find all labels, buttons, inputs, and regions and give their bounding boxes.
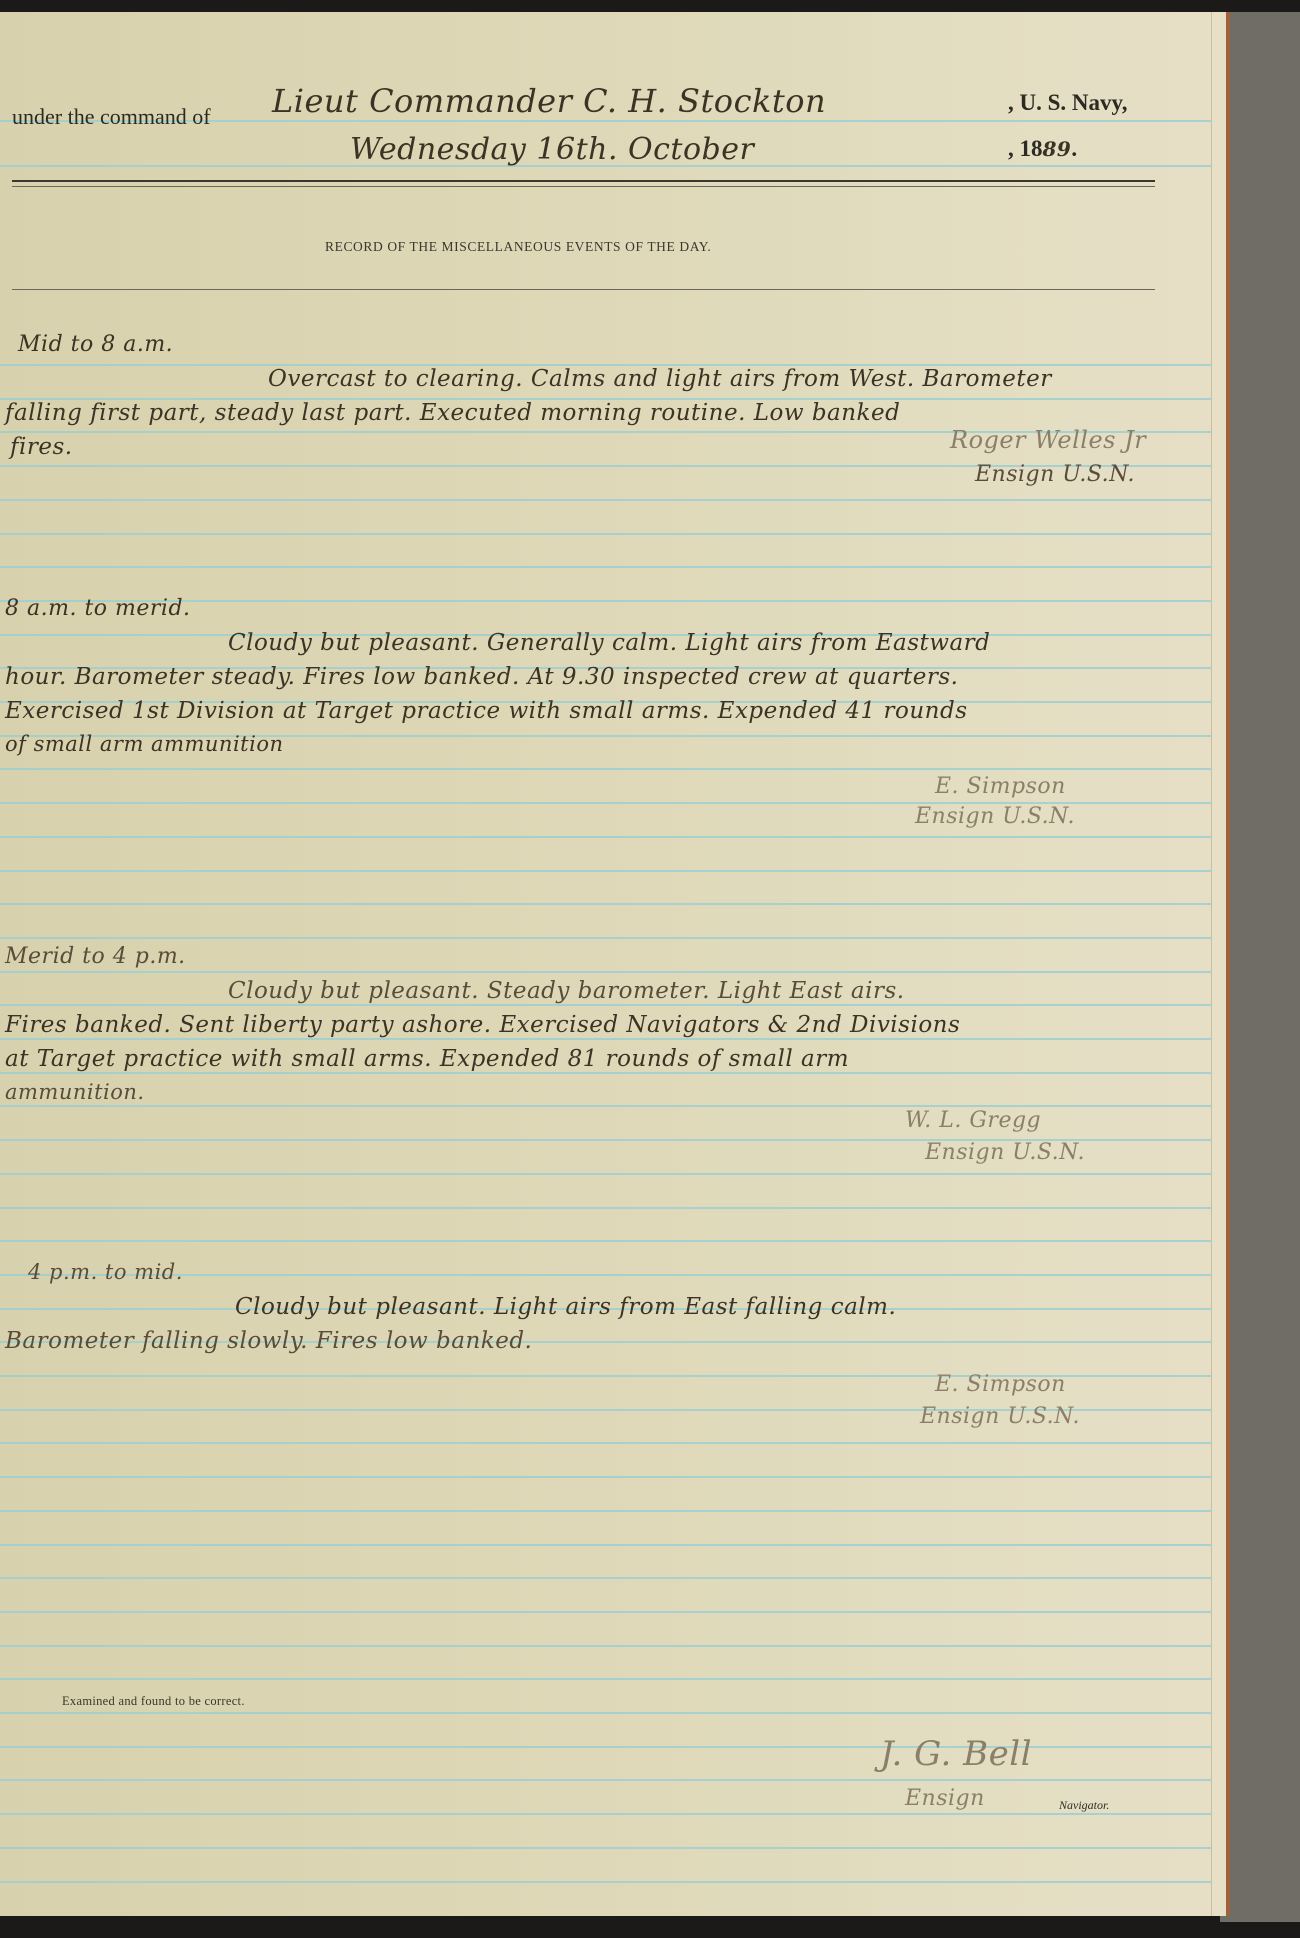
navigator-rank: Ensign	[905, 1786, 985, 1811]
ruled-line	[0, 1173, 1212, 1175]
commander-name: Lieut Commander C. H. Stockton	[272, 82, 826, 120]
entry-line: hour. Barometer steady. Fires low banked…	[5, 664, 958, 690]
ruled-line	[0, 1072, 1212, 1074]
officer-rank: Ensign U.S.N.	[915, 804, 1075, 829]
watch-label: 8 a.m. to merid.	[5, 596, 191, 621]
section-title: RECORD OF THE MISCELLANEOUS EVENTS OF TH…	[325, 239, 711, 255]
navigator-label: Navigator.	[1059, 1798, 1109, 1813]
navigator-signature: J. G. Bell	[880, 1734, 1032, 1774]
entry-line: Cloudy but pleasant. Light airs from Eas…	[235, 1294, 896, 1320]
ruled-line	[0, 1004, 1212, 1006]
year-handwritten: 89	[1043, 137, 1072, 161]
officer-signature: Roger Welles Jr	[950, 426, 1146, 454]
page-edge	[1211, 12, 1222, 1916]
ruled-line	[0, 1442, 1212, 1444]
watch-label: Merid to 4 p.m.	[5, 944, 186, 969]
officer-signature: E. Simpson	[935, 774, 1066, 799]
entry-line: at Target practice with small arms. Expe…	[5, 1046, 849, 1072]
ruled-line	[0, 971, 1212, 973]
entry-line: Cloudy but pleasant. Generally calm. Lig…	[228, 630, 990, 656]
entry-line: Exercised 1st Division at Target practic…	[5, 698, 968, 724]
entry-line: Fires banked. Sent liberty party ashore.…	[5, 1012, 960, 1038]
ruled-line	[0, 1611, 1212, 1613]
ruled-line	[0, 1645, 1212, 1647]
ruled-line	[0, 1779, 1212, 1781]
header-rule	[12, 180, 1155, 182]
log-page: under the command of Lieut Commander C. …	[0, 12, 1230, 1916]
ruled-line	[0, 937, 1212, 939]
ruled-line	[0, 499, 1212, 501]
ruled-line	[0, 533, 1212, 535]
ruled-line	[0, 1712, 1212, 1714]
entry-line: Barometer falling slowly. Fires low bank…	[5, 1328, 532, 1354]
watch-label: 4 p.m. to mid.	[28, 1260, 183, 1284]
ruled-line	[0, 1510, 1212, 1512]
ruled-line	[0, 1881, 1212, 1883]
ruled-line	[0, 1544, 1212, 1546]
entry-line: falling first part, steady last part. Ex…	[5, 400, 900, 426]
officer-rank: Ensign U.S.N.	[925, 1140, 1085, 1165]
ruled-line	[0, 1240, 1212, 1242]
officer-signature: W. L. Gregg	[905, 1108, 1041, 1133]
entry-line: Cloudy but pleasant. Steady barometer. L…	[228, 978, 905, 1004]
section-rule	[12, 289, 1155, 290]
log-date: Wednesday 16th. October	[350, 132, 754, 167]
ruled-line	[0, 903, 1212, 905]
officer-rank: Ensign U.S.N.	[920, 1404, 1080, 1429]
entry-line: fires.	[10, 434, 73, 460]
entry-line: Overcast to clearing. Calms and light ai…	[268, 366, 1052, 392]
watch-label: Mid to 8 a.m.	[18, 332, 173, 357]
ruled-line	[0, 836, 1212, 838]
ruled-line	[0, 1678, 1212, 1680]
ruled-line	[0, 566, 1212, 568]
ruled-line	[0, 870, 1212, 872]
entry-line: of small arm ammunition	[5, 732, 284, 756]
ruled-line	[0, 1476, 1212, 1478]
examined-text: Examined and found to be correct.	[62, 1694, 245, 1709]
navy-suffix: , U. S. Navy,	[1008, 90, 1128, 116]
ruled-line	[0, 1038, 1212, 1040]
ruled-line	[0, 1813, 1212, 1815]
ruled-line	[0, 1105, 1212, 1107]
header-rule-thin	[12, 186, 1155, 187]
ruled-line	[0, 1847, 1212, 1849]
ruled-line	[0, 1207, 1212, 1209]
ruled-line	[0, 1577, 1212, 1579]
command-prefix: under the command of	[12, 104, 211, 130]
officer-signature: E. Simpson	[935, 1372, 1066, 1397]
officer-rank: Ensign U.S.N.	[975, 462, 1135, 487]
year-prefix: , 18	[1008, 136, 1043, 161]
backing-board	[1220, 12, 1300, 1922]
entry-line: ammunition.	[5, 1080, 145, 1104]
year-suffix: .	[1071, 136, 1077, 161]
ruled-line	[0, 768, 1212, 770]
